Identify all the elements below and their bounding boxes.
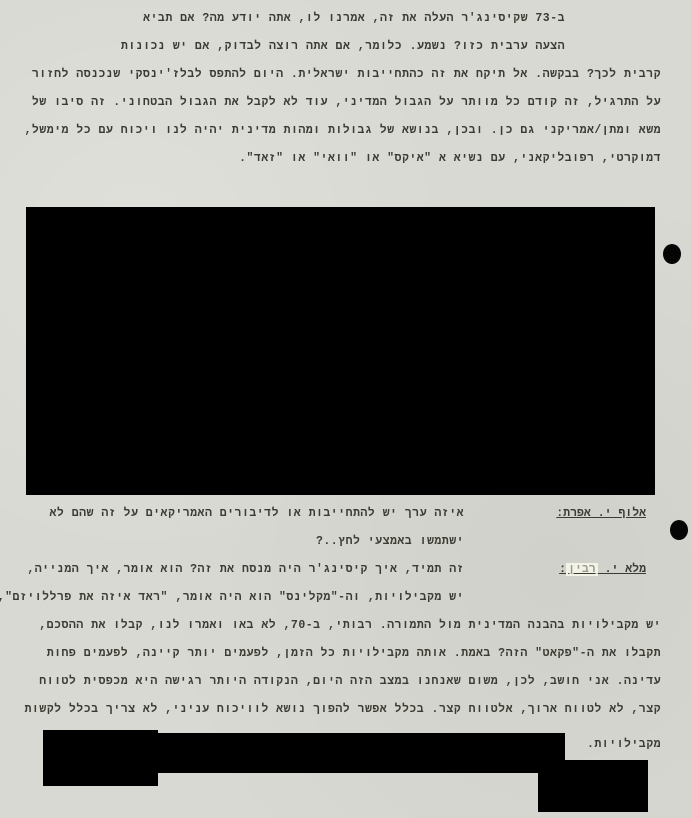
text-line: איזה ערך יש להתחייבות או לדיבורים האמריק… [50,507,464,520]
speaker-name: אלוף י. אפרת: [556,507,646,520]
speaker-name-highlight: רבין [566,563,598,576]
text-line: ב-73 שקיסינג'ר העלה את זה, אמרנו לו, אתה… [143,12,565,25]
text-line: ישתמשו באמצעי לחץ..? [316,535,464,548]
text-line: משא ומתן/אמריקני גם כן. ובכן, בנושא של ג… [56,124,661,137]
hole-punch-mark [670,520,688,540]
text-line: קצר, לא לטווח ארוך, אלטווח קצר. בכלל אפש… [56,703,661,716]
speaker-name: מלא י. רבין: [559,563,646,576]
text-line: יש מקבילויות בהבנה המדינית מול התמורה. ר… [56,619,661,632]
redaction-block [43,730,158,786]
hole-punch-mark [663,244,681,264]
text-line: עדינה. אני חושב, לכן, משום שאנחנו במצב ה… [56,675,661,688]
redaction-block [26,207,655,495]
text-line: על התרגיל, זה קודם כל מוותר על הגבול המד… [56,96,661,109]
text-line: דמוקרטי, רפובליקאני, עם נשיא א "איקס" או… [239,152,661,165]
speaker-name-prefix: מלא י. [605,563,646,576]
redaction-block [157,733,565,773]
text-line: תקבלו את ה-"פקאט" הזה? באמת. אותה מקבילו… [56,647,661,660]
text-line: יש מקבילויות, וה-"מקלינס" הוא היה אומר, … [0,591,464,604]
text-line: קרבית לכך? בבקשה. אל תיקח את זה כהתחייבו… [56,68,661,81]
text-line: זה תמיד, איך קיסינג'ר היה מנסח את זה? הו… [27,563,464,576]
text-line: מקבילויות. [587,738,661,751]
text-line: הצעה ערבית כזו? נשמע. כלומר, אם אתה רוצה… [121,40,565,53]
redaction-block [538,760,648,812]
